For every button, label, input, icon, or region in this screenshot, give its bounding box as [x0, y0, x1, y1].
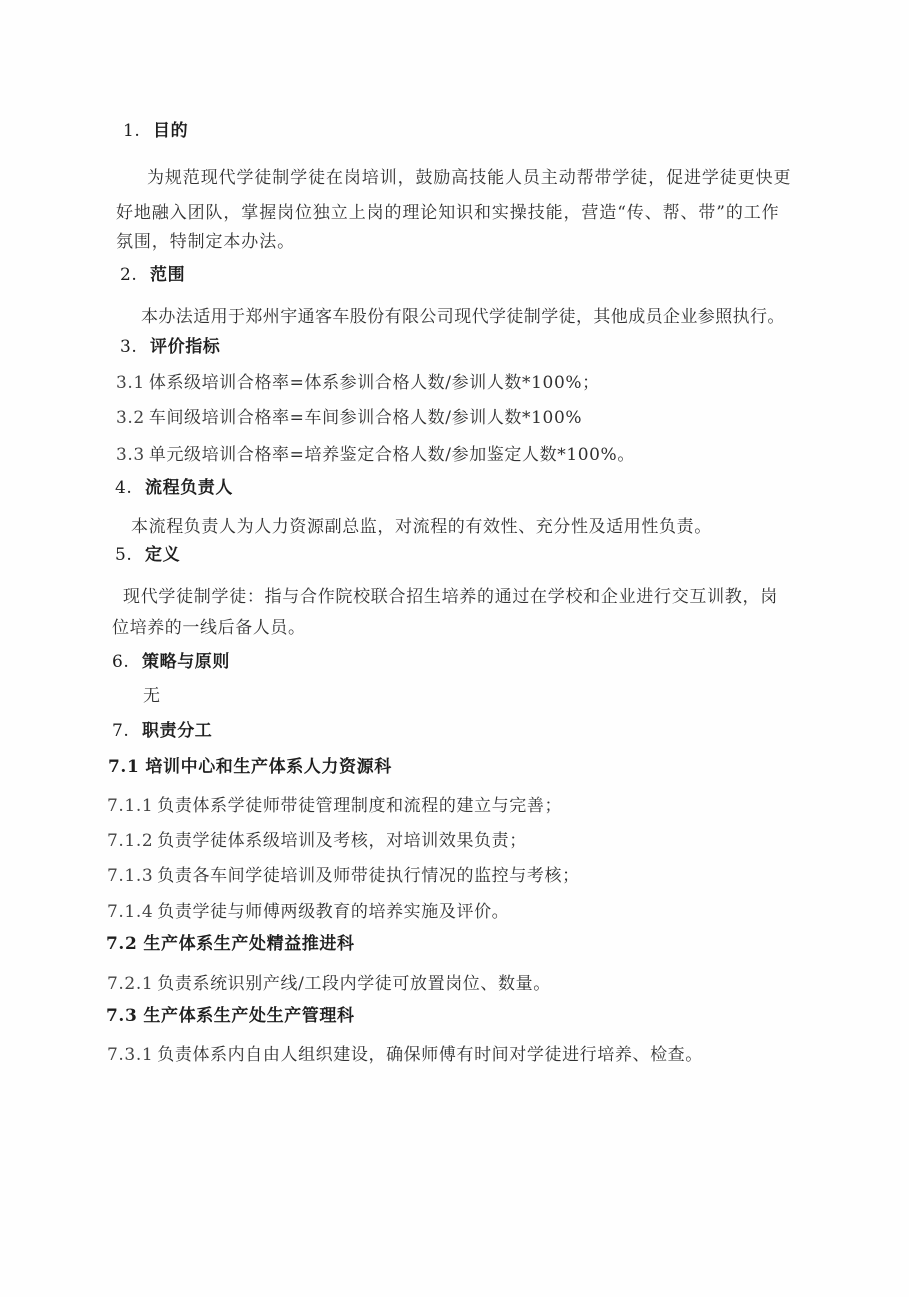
responsibility-item: 7.1.1负责体系学徒师带徒管理制度和流程的建立与完善； [107, 795, 562, 817]
item-text: 负责各车间学徒培训及师带徒执行情况的监控与考核； [157, 866, 579, 886]
item-text: 车间级培训合格率=车间参训合格人数/参训人数*100% [149, 408, 582, 428]
section-title: 流程负责人 [145, 478, 233, 498]
section-5-paragraph-line-1: 现代学徒制学徒：指与合作院校联合招生培养的通过在学校和企业进行交互训教，岗 [123, 586, 778, 608]
item-number: 7.1.3 [107, 866, 153, 886]
item-text: 负责学徒与师傅两级教育的培养实施及评价。 [157, 902, 509, 922]
document-page: 1.目的 为规范现代学徒制学徒在岗培训，鼓励高技能人员主动帮带学徒，促进学徒更快… [0, 0, 909, 1297]
subsection-number: 7.2 [106, 934, 137, 954]
item-number: 7.1.1 [107, 796, 153, 816]
item-number: 7.1.4 [107, 902, 153, 922]
section-number: 4. [115, 477, 145, 499]
section-7-heading: 7.职责分工 [112, 720, 212, 742]
section-title: 评价指标 [150, 337, 220, 357]
subsection-title: 培训中心和生产体系人力资源科 [145, 757, 391, 777]
item-text: 负责体系内自由人组织建设，确保师傅有时间对学徒进行培养、检查。 [157, 1045, 703, 1065]
item-text: 体系级培训合格率=体系参训合格人数/参训人数*100%； [149, 373, 600, 393]
section-1-paragraph-line-1: 为规范现代学徒制学徒在岗培训，鼓励高技能人员主动帮带学徒，促进学徒更快更 [147, 167, 791, 189]
section-6-paragraph-line-1: 无 [143, 685, 161, 707]
section-number: 2. [120, 264, 150, 286]
responsibility-item: 7.2.1负责系统识别产线/工段内学徒可放置岗位、数量。 [107, 973, 551, 995]
item-number: 7.2.1 [107, 974, 153, 994]
section-number: 7. [112, 720, 142, 742]
section-number: 3. [120, 336, 150, 358]
subsection-7-1-heading: 7.1培训中心和生产体系人力资源科 [108, 756, 392, 778]
subsection-7-3-heading: 7.3生产体系生产处生产管理科 [106, 1005, 355, 1027]
section-3-heading: 3.评价指标 [120, 336, 220, 358]
section-number: 1. [123, 120, 153, 142]
indicator-item: 3.3单元级培训合格率=培养鉴定合格人数/参加鉴定人数*100%。 [116, 444, 635, 466]
section-5-heading: 5.定义 [115, 544, 180, 566]
section-title: 定义 [145, 545, 180, 565]
item-text: 单元级培训合格率=培养鉴定合格人数/参加鉴定人数*100%。 [149, 445, 635, 465]
item-number: 3.2 [116, 408, 145, 428]
section-1-paragraph-line-2: 好地融入团队，掌握岗位独立上岗的理论知识和实操技能，营造“传、帮、带”的工作 [116, 202, 780, 224]
section-title: 目的 [153, 121, 188, 141]
section-number: 6. [112, 651, 142, 673]
subsection-title: 生产体系生产处精益推进科 [143, 934, 354, 954]
subsection-number: 7.1 [108, 757, 139, 777]
item-number: 7.1.2 [107, 831, 153, 851]
responsibility-item: 7.3.1负责体系内自由人组织建设，确保师傅有时间对学徒进行培养、检查。 [107, 1044, 703, 1066]
item-text: 负责系统识别产线/工段内学徒可放置岗位、数量。 [157, 974, 551, 994]
responsibility-item: 7.1.2负责学徒体系级培训及考核，对培训效果负责； [107, 830, 527, 852]
section-title: 范围 [150, 265, 185, 285]
section-4-heading: 4.流程负责人 [115, 477, 233, 499]
section-4-paragraph-line-1: 本流程负责人为人力资源副总监，对流程的有效性、充分性及适用性负责。 [131, 516, 712, 538]
subsection-number: 7.3 [106, 1006, 137, 1026]
section-1-paragraph-line-3: 氛围，特制定本办法。 [116, 231, 295, 253]
section-5-paragraph-line-2: 位培养的一线后备人员。 [112, 617, 306, 639]
section-title: 职责分工 [142, 721, 212, 741]
subsection-7-2-heading: 7.2生产体系生产处精益推进科 [106, 933, 355, 955]
section-2-paragraph-line-1: 本办法适用于郑州宇通客车股份有限公司现代学徒制学徒，其他成员企业参照执行。 [141, 306, 785, 328]
item-text: 负责学徒体系级培训及考核，对培训效果负责； [157, 831, 527, 851]
section-2-heading: 2.范围 [120, 264, 185, 286]
subsection-title: 生产体系生产处生产管理科 [143, 1006, 354, 1026]
item-text: 负责体系学徒师带徒管理制度和流程的建立与完善； [157, 796, 562, 816]
indicator-item: 3.2车间级培训合格率=车间参训合格人数/参训人数*100% [116, 407, 582, 429]
item-number: 7.3.1 [107, 1045, 153, 1065]
section-1-heading: 1.目的 [123, 120, 188, 142]
responsibility-item: 7.1.4负责学徒与师傅两级教育的培养实施及评价。 [107, 901, 509, 923]
item-number: 3.3 [116, 445, 145, 465]
item-number: 3.1 [116, 373, 145, 393]
responsibility-item: 7.1.3负责各车间学徒培训及师带徒执行情况的监控与考核； [107, 865, 580, 887]
section-6-heading: 6.策略与原则 [112, 651, 230, 673]
indicator-item: 3.1体系级培训合格率=体系参训合格人数/参训人数*100%； [116, 372, 600, 394]
section-title: 策略与原则 [142, 652, 230, 672]
section-number: 5. [115, 544, 145, 566]
